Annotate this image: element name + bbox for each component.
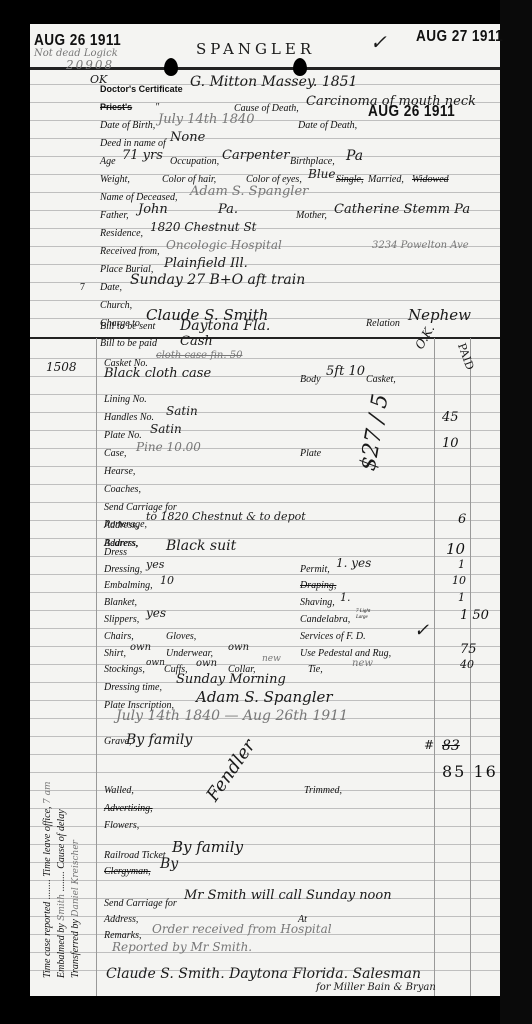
clergyman-value: By [160,856,178,872]
services-fd-label: Services of F. D. [300,631,366,642]
plate-label: Plate [300,448,321,459]
casket-no-struck: cloth case fin. 50 [156,350,242,361]
tie-amount: 40 [460,658,474,671]
body-label: Body [300,374,321,385]
deceased-name-value: Adam S. Spangler [190,184,308,199]
time-case-reported-label: Time case reported [42,902,53,978]
occupation-value: Carpenter [222,148,289,163]
date-label: Date, [100,282,122,293]
sidebar-transferred: Transferred by Daniel Kreischer [70,840,81,978]
place-burial-value: Plainfield Ill. [164,256,248,271]
handles-label: Handles No. [104,412,154,423]
birthplace-label: Birthplace, [290,156,335,167]
plate-inscription-value: Adam S. Spangler [196,688,333,706]
age-value: 71 yrs [122,148,163,163]
cuffs-value: own [196,658,217,669]
father-label: Father, [100,210,129,221]
filed-date-stamp: AUG 27 1911 [416,28,503,46]
record-number: 20908 [66,58,114,72]
sidebar-embalmed: Embalmed by Smith ........ Cause of dela… [56,809,67,978]
pedestal-rug-amount: 75 [460,642,477,657]
received-from-value: Oncologic Hospital [166,238,282,252]
collar-value: new [262,654,281,664]
dress-value: Black suit [166,538,236,554]
embalming-value: 10 [160,574,174,587]
slippers-value: yes [146,606,166,620]
mother-value: Catherine Stemm Pa [334,202,470,217]
date-of-birth-value: July 14th 1840 [158,112,255,127]
bill-paid-value: Cash [180,334,213,349]
porterage-value: to 1820 Chestnut & to depot [146,510,306,523]
services-fd-check: ✓ [414,620,429,641]
date-of-death-stamp: AUG 26 1911 [368,103,455,121]
weight-label: Weight, [100,174,130,185]
send-carriage-label-2: Send Carriage for [104,898,177,909]
transferred-by-value: Daniel Kreischer [71,840,81,917]
blanket-label: Blanket, [104,597,137,608]
footer-note-2: for Miller Bain & Bryan [316,982,436,993]
line-number-7: 7 [80,282,85,293]
date-of-death-label: Date of Death, [298,120,357,131]
dressing-value: yes [146,558,164,571]
handles-value: Satin [166,404,198,418]
remarks-value-2: Reported by Mr Smith. [112,940,252,954]
received-from-label: Received from, [100,246,160,257]
candelabra-label: Candelabra, [300,614,350,625]
hearse-label: Hearse, [104,466,135,477]
underwear-value: own [228,642,249,653]
married-option: Married, [368,174,404,185]
residence-label: Residence, [100,228,143,239]
dressing-time-value: Sunday Morning [176,672,286,687]
scan-border-right [500,0,532,1024]
bill-sent-value: Daytona Fla. [180,318,270,334]
plate-inscription-dates: July 14th 1840 — Aug 26th 1911 [116,708,348,724]
received-from-address: 3234 Powelton Ave [372,240,469,251]
plate-amount: 10 [442,436,459,451]
subtotal-struck: 83 [442,738,460,754]
casket-amount: 45 [442,410,459,425]
walled-label: Walled, [104,785,134,796]
casket-label: Casket, [366,374,396,385]
casket-no-value: Black cloth case [104,366,211,381]
father-place: Pa. [218,202,238,217]
check-mark: ✓ [370,30,387,54]
stockings-label: Stockings, [104,664,145,675]
flowers-label: Flowers, [104,820,139,831]
dressing-time-label: Dressing time, [104,682,162,693]
porterage-label: Porterage, [104,519,147,530]
date-of-birth-label: Date of Birth, [100,120,155,131]
clergyman-label: Clergyman, [104,866,151,877]
date-value: Sunday 27 B+O aft train [130,272,305,288]
father-value: John [138,202,168,217]
lining-label: Lining No. [104,394,147,405]
send-carriage-value-2: Mr Smith will call Sunday noon [184,888,392,903]
embalmed-by-label: Embalmed by [56,923,67,978]
cause-of-delay-label: Cause of delay [56,809,67,868]
widowed-option: Widowed [412,174,449,185]
relation-value: Nephew [408,306,471,324]
dressing-label: Dressing, [104,564,142,575]
age-label: Age [100,156,116,167]
time-leave-office-value: 7 am [43,781,53,804]
shaving-value: 1. [340,591,351,604]
permit-amount: 1 [458,558,465,571]
draping-label: Draping, [300,580,336,591]
dress-amount: 10 [446,540,465,558]
coaches-label: Coaches, [104,484,141,495]
tie-label: Tie, [308,664,323,675]
case-label: Case, [104,448,127,459]
slippers-label: Slippers, [104,614,139,625]
shirt-label: Shirt, [104,648,126,659]
pedestal-rug-label: Use Pedestal and Rug, [300,648,391,659]
stockings-value: own [146,658,165,668]
sidebar-time-reported: Time case reported ........ Time leave o… [42,781,53,978]
shaving-label: Shaving, [300,597,335,608]
candelabra-sub1: 7 Light [356,609,370,614]
footer-note: Claude S. Smith. Daytona Florida. Salesm… [106,966,421,982]
embalming-label: Embalming, [104,580,153,591]
shirt-value: own [130,642,151,653]
trimmed-label: Trimmed, [304,785,342,796]
dress-label: Dress [104,547,127,558]
deed-value: None [170,130,205,145]
time-leave-office-label: Time leave office, [42,806,53,876]
chairs-label: Chairs, [104,631,134,642]
embalming-amount: 10 [452,574,466,587]
tie-value: new [352,658,373,669]
candelabra-amount: 1 50 [460,608,489,623]
punch-hole-left [164,58,178,76]
permit-label: Permit, [300,564,330,575]
grave-value: By family [126,732,192,748]
residence-value: 1820 Chestnut St [150,220,256,234]
railroad-ticket-value: By family [172,838,243,856]
shaving-amount: 1 [458,591,465,604]
surname-heading: SPANGLER [196,40,315,58]
grand-total: 85 16 [442,762,498,781]
permit-value: 1. yes [336,556,371,570]
occupation-label: Occupation, [170,156,219,167]
single-option: Single, [336,174,364,185]
candelabra-sub2: Large [356,615,368,620]
case-value: Pine 10.00 [136,440,201,454]
address-label-3: Address, [104,914,138,925]
doctors-certificate-label: Doctor's Certificate [100,84,183,94]
plate-no-value: Satin [150,422,182,436]
bill-sent-label: Bill to be sent [100,321,155,332]
church-label: Church, [100,300,132,311]
doctors-certificate-value: G. Mitton Massey. 1851 [190,74,357,90]
railroad-ticket-label: Railroad Ticket [104,850,166,861]
gloves-label: Gloves, [166,631,196,642]
transferred-by-label: Transferred by [70,919,81,978]
porterage-amount: 6 [458,512,466,527]
priests-label: Priest's [100,102,132,112]
casket-line-number: 1508 [46,360,77,374]
mother-label: Mother, [296,210,327,221]
bill-paid-label: Bill to be paid [100,338,157,349]
embalmed-by-value: Smith [57,894,67,921]
birthplace-value: Pa [346,148,363,164]
remarks-value: Order received from Hospital [152,922,332,936]
advertising-label: Advertising, [104,803,153,814]
total-marker: # [424,738,434,752]
eyes-value: Blue [308,167,336,181]
relation-label: Relation [366,318,400,329]
body-value: 5ft 10 [326,364,365,379]
